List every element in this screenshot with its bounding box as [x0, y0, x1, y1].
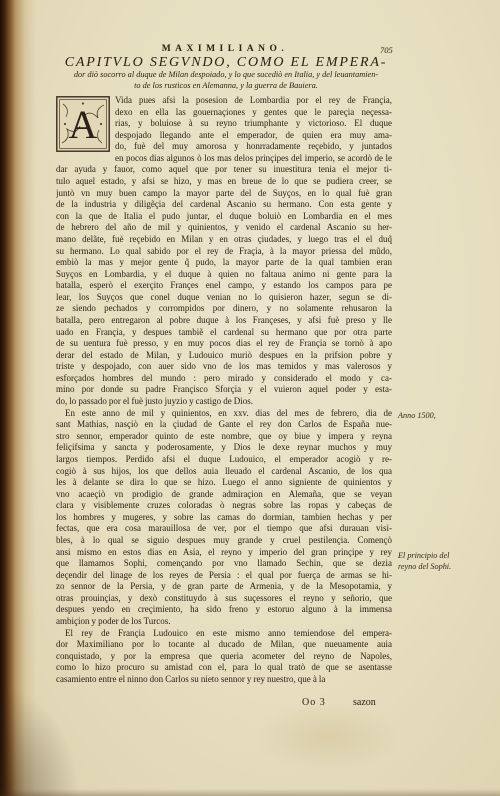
book-page: MAXIMILIANO. 705 CAPITVLO SEGVNDO, COMO …	[0, 0, 500, 796]
text-line: casamiento entre el ninno don Carlos su …	[56, 674, 392, 686]
text-line: zo sennor de la Persia, y de gran parte …	[56, 581, 392, 593]
catchword: sazon	[353, 697, 376, 708]
text-line: juntò vn muy buen campo la mayor parte d…	[56, 188, 392, 200]
chapter-heading-line-3: to de los rusticos en Alemanna, y la gue…	[34, 81, 418, 92]
text-line: esforçados hombres del mundo : pero mira…	[56, 373, 392, 385]
chapter-heading-line-1: CAPITVLO SEGVNDO, COMO EL EMPERA-	[34, 55, 418, 70]
text-line: feliçifsima y sancta y poderosamente, y …	[56, 442, 392, 454]
text-line: los hombres y mugeres, y sobre las camas…	[56, 512, 392, 524]
text-line: de la industria y diligẽçia del cardenal…	[56, 199, 392, 211]
text-line: El rey de Françia Ludouico en este mismo…	[56, 628, 392, 640]
text-line: vno acaeçiò vn prodigio de grande admira…	[56, 489, 392, 501]
text-line: triste y despojado, con auer sido vno de…	[56, 361, 392, 373]
text-line: En este anno de mil y quinientos, en xxv…	[56, 408, 392, 420]
page-number: 705	[380, 45, 393, 55]
running-header: MAXIMILIANO.	[40, 44, 410, 54]
text-line: otras prouinçias, y dexò constituydo à s…	[56, 593, 392, 605]
text-line: dexo en ella las gouernaçiones y gentes …	[115, 107, 392, 119]
text-line: stro sennor, emperador quinto de este no…	[56, 431, 392, 443]
text-line: rias, y boluiose à su reyno triumphante …	[115, 118, 392, 130]
text-line: sant Mathias, nasçiò en la çiudad de Gan…	[56, 419, 392, 431]
text-line: batalla, pero entregaron al pobre duque …	[56, 315, 392, 327]
text-line: de su uentura fuè presso, y en muy pocos…	[56, 338, 392, 350]
text-line: fectas, que era cosa marauillosa de ver,…	[56, 523, 392, 535]
text-line: lear, los Suyços que conel duque venian …	[56, 292, 392, 304]
text-line: mano delãte, fuè reçebido en Milan y en …	[56, 234, 392, 246]
text-line: en pocos dias algunos ò los mas delos pr…	[115, 153, 392, 165]
text-line: do, fuè del muy amorosa y honrradamente …	[115, 141, 392, 153]
drop-cap-letter: A	[69, 102, 98, 147]
text-line: su hermano. Lo qual sabido por el rey de…	[56, 246, 392, 258]
text-line: uado en Françia, y despues tambiẽ el car…	[56, 327, 392, 339]
text-line: de hebrero del año de mil y quinientos, …	[56, 222, 392, 234]
text-line: dar ayuda y fauor, como aquel que por te…	[56, 164, 392, 176]
text-line: ze siendo pechados y corrompidos por din…	[56, 303, 392, 315]
body-text: A Vida pues afsi la posesion de Lombardi…	[56, 95, 392, 685]
text-line: como lo hizo procuro su amistad con el, …	[56, 662, 392, 674]
margin-note-sophi: El principio del reyno del Sophi.	[398, 551, 468, 572]
signature-mark: Oo 3	[302, 697, 326, 708]
text-line: conquistado, y por la empresa que queria…	[56, 651, 392, 663]
text-line: Suyços en Lombardia, y el duque à quien …	[56, 269, 392, 281]
drop-cap-initial: A	[56, 96, 110, 152]
text-line: mino por donde su padre Françisco Sforçi…	[56, 384, 392, 396]
signature-line: Oo 3 sazon	[56, 697, 392, 711]
text-line: les à delante se dira lo que se hizo. Lu…	[56, 477, 392, 489]
page-bottom-shadow	[0, 789, 500, 796]
text-line: con la que de Italia el pudo juntar, el …	[56, 211, 392, 223]
text-line: deçendir del linage de los reyes de Pers…	[56, 570, 392, 582]
text-line: batalla, esperò el exerçito Françes enel…	[56, 280, 392, 292]
text-line: despojado llegando ante el emperador, de…	[115, 130, 392, 142]
text-line: embiò la mas y mejor gente q̃ pudo, la m…	[56, 257, 392, 269]
text-line: cogiò à sus hijos, los que dellos auia l…	[56, 466, 392, 478]
text-line: ambiçion y poder de los Turcos.	[56, 616, 392, 628]
text-line: bles, à lo qual se siguio despues muy gr…	[56, 535, 392, 547]
text-line: ansi mismo en estos dias en Asia, el rey…	[56, 547, 392, 559]
text-line: largos tiempos. Perdido afsi el duque Lu…	[56, 454, 392, 466]
text-line: do, lo passado por el fuè justo juyzio y…	[56, 396, 392, 408]
paper-stain	[252, 702, 402, 772]
text-line: que llamamos Sophi, començando por vno l…	[56, 558, 392, 570]
text-line: tulo aquel estado, y afsi se hizo, y mas…	[56, 176, 392, 188]
text-line: clara y visiblemente cruzes coloradas ò …	[56, 500, 392, 512]
margin-note-anno: Anno 1500,	[398, 411, 468, 422]
chapter-heading-line-2: dor diò socorro al duque de Milan despoi…	[34, 70, 418, 81]
text-line: dor Maximiliano por lo tocante al ducado…	[56, 639, 392, 651]
text-line: Vida pues afsi la posesion de Lombardia …	[115, 95, 392, 107]
text-line: despues yendo en creçimiento, ha sido fr…	[56, 604, 392, 616]
text-line: derar del estado de Milan, y Ludouico mu…	[56, 350, 392, 362]
drop-cap-woodcut: A	[56, 96, 110, 152]
binding-edge	[0, 0, 36, 796]
chapter-heading: CAPITVLO SEGVNDO, COMO EL EMPERA- dor di…	[34, 55, 418, 92]
